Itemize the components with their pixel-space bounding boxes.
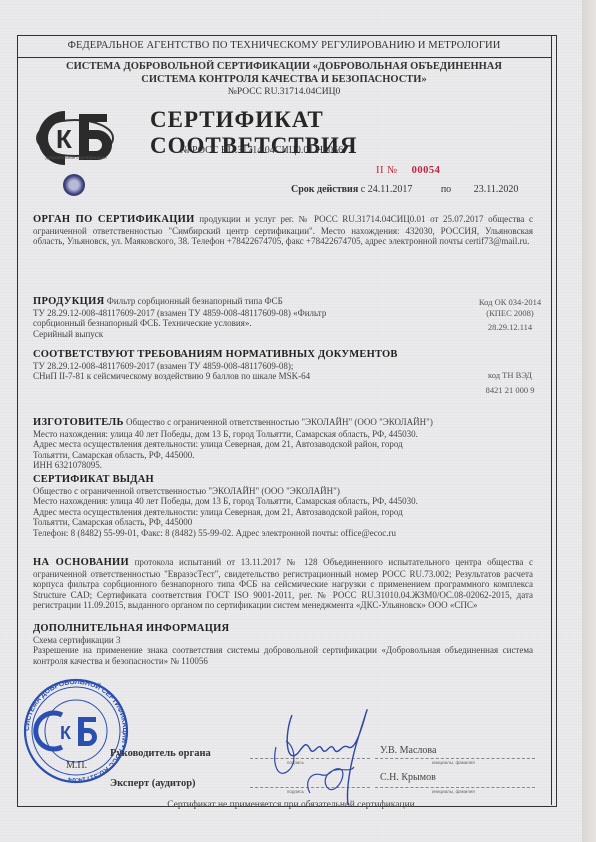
serial-value: 00054 bbox=[412, 165, 441, 176]
certification-body-section: ОРГАН ПО СЕРТИФИКАЦИИ продукции и услуг … bbox=[33, 214, 533, 247]
manufacturer-section: ИЗГОТОВИТЕЛЬ Общество с ограниченной отв… bbox=[33, 417, 533, 471]
certificate-note: Сертификат не применяется при обязательн… bbox=[0, 800, 582, 810]
product-section: ПРОДУКЦИЯ Фильтр сорбционный безнапорный… bbox=[33, 296, 453, 339]
document-frame-inner-line bbox=[551, 35, 552, 805]
serial-number: II №00054 bbox=[376, 165, 440, 176]
signature-icon bbox=[270, 705, 380, 815]
scan-edge bbox=[582, 0, 596, 842]
svg-text:К: К bbox=[60, 723, 72, 743]
validity-period: Срок действия с 24.11.2017 по 23.11.2020 bbox=[291, 184, 518, 195]
additional-info-section: ДОПОЛНИТЕЛЬНАЯ ИНФОРМАЦИЯ Схема сертифик… bbox=[33, 624, 533, 666]
certificate-number: № РОСС RU.31714.04СИЦ0.01.Н0056 bbox=[180, 145, 343, 156]
expert-name-line bbox=[375, 787, 535, 788]
agency-header: ФЕДЕРАЛЬНОЕ АГЕНТСТВО ПО ТЕХНИЧЕСКОМУ РЕ… bbox=[17, 35, 551, 58]
expert-name: С.Н. Крымов bbox=[380, 772, 436, 783]
serial-prefix: II № bbox=[376, 165, 398, 176]
section-heading: НА ОСНОВАНИИ bbox=[33, 557, 129, 568]
product-code: Код ОК 034-2014 (КПЕС 2008) 28.29.12.114 bbox=[470, 297, 550, 333]
section-heading: ПРОДУКЦИЯ bbox=[33, 296, 104, 307]
head-of-body-label: Руководитель органа bbox=[110, 748, 211, 759]
section-heading: ОРГАН ПО СЕРТИФИКАЦИИ bbox=[33, 214, 195, 225]
tn-ved-code: код ТН ВЭД 8421 21 000 9 bbox=[470, 370, 550, 395]
validity-label: Срок действия bbox=[291, 184, 358, 195]
expert-label: Эксперт (аудитор) bbox=[110, 778, 196, 789]
section-heading: ИЗГОТОВИТЕЛЬ bbox=[33, 417, 124, 428]
stamp-place-label: М.П. bbox=[66, 760, 87, 771]
certificate-page: ФЕДЕРАЛЬНОЕ АГЕНТСТВО ПО ТЕХНИЧЕСКОМУ РЕ… bbox=[0, 0, 582, 842]
globe-emblem-icon bbox=[63, 174, 85, 196]
head-name-line bbox=[375, 758, 535, 759]
system-line-1: СИСТЕМА ДОБРОВОЛЬНОЙ СЕРТИФИКАЦИИ «ДОБРО… bbox=[17, 60, 551, 73]
section-heading: СООТВЕТСТВУЮТ ТРЕБОВАНИЯМ НОРМАТИВНЫХ ДО… bbox=[33, 350, 463, 361]
valid-from: 24.11.2017 bbox=[368, 184, 413, 195]
basis-section: НА ОСНОВАНИИ протокола испытаний от 13.1… bbox=[33, 557, 533, 611]
system-registration: №РОСС RU.31714.04СИЦ0 bbox=[17, 86, 551, 99]
logo-caption: добровольная сертификация bbox=[36, 155, 116, 160]
head-of-body-name: У.В. Маслова bbox=[380, 745, 436, 756]
valid-to: 23.11.2020 bbox=[474, 184, 519, 195]
system-line-2: СИСТЕМА КОНТРОЛЯ КАЧЕСТВА И БЕЗОПАСНОСТИ… bbox=[17, 73, 551, 86]
svg-text:К: К bbox=[56, 124, 72, 154]
standards-section: СООТВЕТСТВУЮТ ТРЕБОВАНИЯМ НОРМАТИВНЫХ ДО… bbox=[33, 350, 463, 382]
section-heading: СЕРТИФИКАТ ВЫДАН bbox=[33, 475, 533, 486]
system-header: СИСТЕМА ДОБРОВОЛЬНОЙ СЕРТИФИКАЦИИ «ДОБРО… bbox=[17, 60, 551, 99]
issued-to-section: СЕРТИФИКАТ ВЫДАН Общество с ограниченной… bbox=[33, 475, 533, 538]
section-heading: ДОПОЛНИТЕЛЬНАЯ ИНФОРМАЦИЯ bbox=[33, 624, 533, 635]
